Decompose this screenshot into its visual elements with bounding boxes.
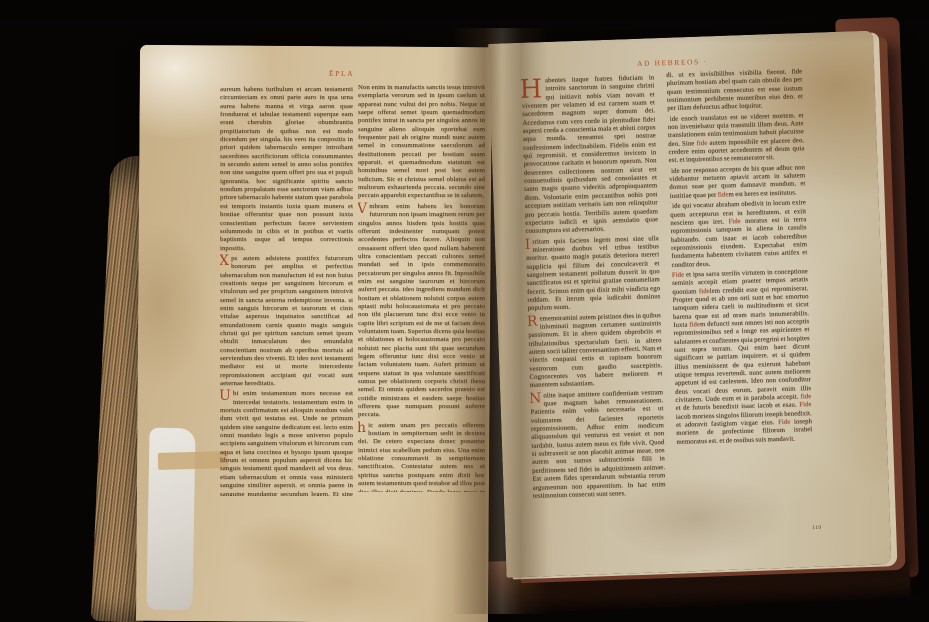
manuscript-paragraph: Fide qui vocatur abraham obedivit in loc… bbox=[670, 199, 808, 270]
manuscript-paragraph: hic autem unam pro peccatis offerens hos… bbox=[358, 422, 485, 492]
manuscript-paragraph: Ubi enim testamentum mors necesse est in… bbox=[220, 390, 353, 496]
rubric-initial: h bbox=[358, 422, 366, 435]
rubric-word: fide bbox=[699, 287, 710, 294]
rubric-word: fide bbox=[718, 191, 729, 198]
manuscript-paragraph: Nolite itaque amittere confidentiam vest… bbox=[530, 389, 666, 500]
text-column-right-1: Habentes itaque fratres fiduciam in intr… bbox=[521, 74, 666, 500]
manuscript-paragraph: Fide et ipsa sarra sterilis virtutem in … bbox=[672, 268, 813, 447]
manuscript-paragraph: di. ut ex invisibilibus visibilia fieren… bbox=[666, 68, 803, 113]
text-column-left-2: Non enim in manufactis sanctis iesus int… bbox=[358, 84, 485, 492]
manuscript-paragraph: Fide enoch translatus est ne videret mor… bbox=[667, 112, 804, 166]
manuscript-paragraph: Habentes itaque fratres fiduciam in intr… bbox=[521, 74, 658, 236]
rubric-initial: U bbox=[220, 390, 231, 403]
rubric-initial: I bbox=[525, 238, 531, 251]
manuscript-paragraph: Xps autem adsistens pontifex futurorum b… bbox=[220, 255, 353, 389]
manuscript-paragraph: Vmbram enim habens lex bonorum futurorum… bbox=[358, 203, 485, 420]
rubric-word: Fide bbox=[728, 218, 740, 225]
rubric-initial: R bbox=[527, 315, 538, 328]
folio-number: 119 bbox=[812, 525, 822, 531]
rubric-initial: N bbox=[529, 392, 542, 405]
rubric-word: Fide bbox=[778, 419, 790, 426]
rubric-initial: V bbox=[358, 203, 367, 216]
manuscript-paragraph: aureum habens turibulum et arcam testame… bbox=[220, 86, 353, 253]
manuscript-photo: ĒPLA AD HEBREOS · aureum habens turibulu… bbox=[0, 0, 929, 622]
rubric-word: Fide bbox=[799, 401, 811, 408]
rubric-word: Fide bbox=[672, 271, 684, 278]
rubric-initial: X bbox=[220, 255, 229, 268]
manuscript-paragraph: Fide noe responso accepto de his quae ad… bbox=[669, 164, 806, 201]
manuscript-paragraph: Rememoramini autem pristinos dies in qui… bbox=[528, 312, 663, 391]
running-header-left: ĒPLA bbox=[329, 69, 354, 78]
rubric-word: fide bbox=[800, 393, 811, 400]
rubric-word: fide bbox=[696, 140, 707, 147]
text-column-left-1: aureum habens turibulum et arcam testame… bbox=[220, 86, 353, 496]
rubric-initial: H bbox=[521, 78, 542, 101]
rubric-word: fide bbox=[689, 321, 700, 328]
manuscript-paragraph: Irritam quis faciens legem mosi sine ull… bbox=[526, 235, 661, 314]
repair-tape-strip bbox=[158, 451, 228, 470]
text-column-right-2: di. ut ex invisibilibus visibilia fieren… bbox=[666, 68, 814, 492]
manuscript-paragraph: Non enim in manufactis sanctis iesus int… bbox=[358, 84, 485, 201]
